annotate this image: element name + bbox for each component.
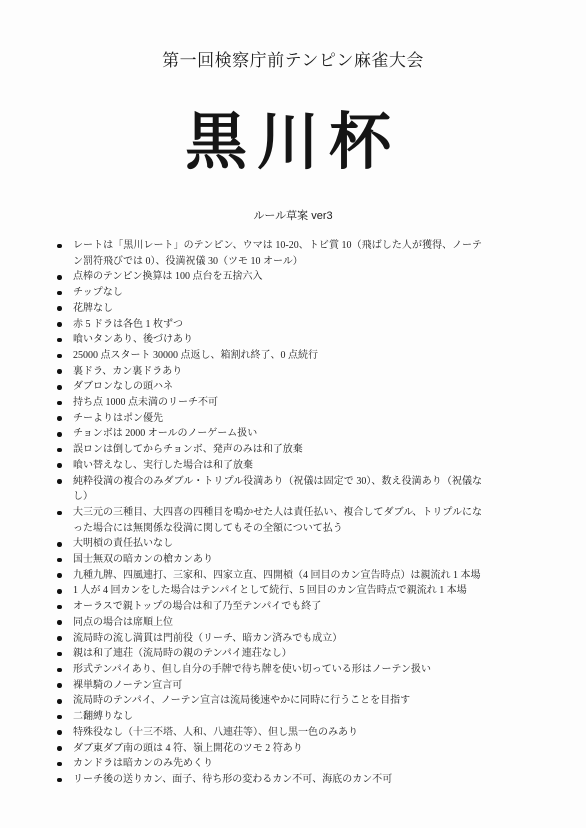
bullet-icon: [57, 620, 62, 625]
rule-item: 九種九牌、四風連打、三家和、四家立直、四開槓（4 回目のカン宣告時点）は親流れ …: [56, 568, 482, 584]
bullet-icon: [57, 416, 62, 421]
rule-text: リーチ後の送りカン、面子、待ち形の変わるカン不可、海底のカン不可: [73, 774, 392, 785]
rule-item: 親は和了連荘（流局時の親のテンパイ連荘なし）: [56, 646, 482, 662]
rule-text: 赤 5 ドラは各色 1 枚ずつ: [73, 319, 183, 330]
bullet-icon: [57, 275, 62, 280]
rule-text: チョンボは 2000 オールのノーゲーム扱い: [73, 428, 257, 439]
rule-item: 純粋役満の複合のみダブル・トリプル役満あり（祝儀は固定で 30）、数え役満あり（…: [56, 474, 482, 505]
rule-item: 裸単騎のノーテン宣言可: [56, 678, 482, 694]
rule-item: 国士無双の暗カンの槍カンあり: [56, 552, 482, 568]
bullet-icon: [57, 762, 62, 767]
rule-text: レートは「黒川レート」のテンピン、ウマは 10-20、トビ賞 10（飛ばした人が…: [73, 240, 482, 267]
bullet-icon: [57, 683, 62, 688]
rule-item: 1 人が 4 回カンをした場合はテンパイとして続行、5 回目のカン宣告時点で親流…: [56, 583, 482, 599]
rule-text: 大明槓の責任払いなし: [73, 538, 173, 549]
rule-item: オーラスで親トップの場合は和了乃至テンパイでも終了: [56, 599, 482, 615]
rule-text: 同点の場合は席順上位: [73, 617, 173, 628]
rule-item: 25000 点スタート 30000 点返し、箱割れ終了、0 点続行: [56, 348, 482, 364]
rule-item: 赤 5 ドラは各色 1 枚ずつ: [56, 317, 482, 333]
bullet-icon: [57, 338, 62, 343]
rule-text: 九種九牌、四風連打、三家和、四家立直、四開槓（4 回目のカン宣告時点）は親流れ …: [73, 570, 481, 581]
bullet-icon: [57, 432, 62, 437]
rule-text: チップなし: [73, 287, 123, 298]
rule-text: 純粋役満の複合のみダブル・トリプル役満あり（祝儀は固定で 30）、数え役満あり（…: [73, 476, 482, 503]
bullet-icon: [57, 291, 62, 296]
rule-item: 喰い替えなし、実行した場合は和了放棄: [56, 458, 482, 474]
bullet-icon: [57, 463, 62, 468]
bullet-icon: [57, 668, 62, 673]
bullet-icon: [57, 558, 62, 563]
rule-item: 誤ロンは倒してからチョンボ、発声のみは和了放棄: [56, 442, 482, 458]
rule-item: 流局時の流し満貫は門前役（リーチ、暗カン済みでも成立）: [56, 631, 482, 647]
rule-text: 国士無双の暗カンの槍カンあり: [73, 554, 213, 565]
rule-item: 同点の場合は席順上位: [56, 615, 482, 631]
bullet-icon: [57, 354, 62, 359]
rule-item: ダブ東ダブ南の頭は 4 符、嶺上開花のツモ 2 符あり: [56, 741, 482, 757]
bullet-icon: [57, 479, 62, 484]
rule-text: ダブ東ダブ南の頭は 4 符、嶺上開花のツモ 2 符あり: [73, 743, 303, 754]
rule-item: レートは「黒川レート」のテンピン、ウマは 10-20、トビ賞 10（飛ばした人が…: [56, 238, 482, 269]
bullet-icon: [57, 652, 62, 657]
bullet-icon: [57, 636, 62, 641]
rule-item: 大三元の三種目、大四喜の四種目を鳴かせた人は責任払い、複合してダブル、トリプルに…: [56, 505, 482, 536]
bullet-icon: [57, 573, 62, 578]
rule-text: 喰い替えなし、実行した場合は和了放棄: [73, 460, 253, 471]
rule-text: 流局時のテンパイ、ノーテン宣言は流局後速やかに同時に行うことを目指す: [73, 695, 410, 706]
rule-text: カンドラは暗カンのみ先めくり: [73, 758, 213, 769]
rule-item: 喰いタンあり、後づけあり: [56, 332, 482, 348]
tournament-title: 第一回検察庁前テンピン麻雀大会: [0, 0, 586, 72]
rule-item: 大明槓の責任払いなし: [56, 536, 482, 552]
bullet-icon: [57, 511, 62, 516]
bullet-icon: [57, 306, 62, 311]
rule-text: 親は和了連荘（流局時の親のテンパイ連荘なし）: [73, 648, 292, 659]
rule-text: 特殊役なし（十三不塔、人和、八連荘等）、但し黒一色のみあり: [73, 727, 358, 738]
rule-text: 流局時の流し満貫は門前役（リーチ、暗カン済みでも成立）: [73, 633, 342, 644]
rule-text: チーよりはポン優先: [73, 413, 163, 424]
rule-text: ダブロンなしの頭ハネ: [73, 381, 173, 392]
rule-text: 誤ロンは倒してからチョンボ、発声のみは和了放棄: [73, 444, 303, 455]
rule-text: 持ち点 1000 点未満のリーチ不可: [73, 397, 218, 408]
bullet-icon: [57, 448, 62, 453]
rule-text: 喰いタンあり、後づけあり: [73, 334, 193, 345]
rule-text: 二翻縛りなし: [73, 711, 133, 722]
rules-list: レートは「黒川レート」のテンピン、ウマは 10-20、トビ賞 10（飛ばした人が…: [56, 238, 482, 788]
rule-item: 二翻縛りなし: [56, 709, 482, 725]
rule-text: 形式テンパイあり、但し自分の手牌で待ち牌を使い切っている形はノーテン扱い: [73, 664, 431, 675]
rule-text: 裸単騎のノーテン宣言可: [73, 680, 182, 691]
bullet-icon: [57, 778, 62, 783]
bullet-icon: [57, 715, 62, 720]
rule-text: 1 人が 4 回カンをした場合はテンパイとして続行、5 回目のカン宣告時点で親流…: [73, 585, 467, 596]
bullet-icon: [57, 401, 62, 406]
rule-item: 点棒のテンピン換算は 100 点台を五捨六入: [56, 269, 482, 285]
bullet-icon: [57, 605, 62, 610]
kurokawa-cup-calligraphy: 黒川杯: [0, 94, 586, 190]
rule-item: 流局時のテンパイ、ノーテン宣言は流局後速やかに同時に行うことを目指す: [56, 693, 482, 709]
bullet-icon: [57, 369, 62, 374]
rule-text: オーラスで親トップの場合は和了乃至テンパイでも終了: [73, 601, 321, 612]
rule-item: 持ち点 1000 点未満のリーチ不可: [56, 395, 482, 411]
bullet-icon: [57, 542, 62, 547]
rule-item: 形式テンパイあり、但し自分の手牌で待ち牌を使い切っている形はノーテン扱い: [56, 662, 482, 678]
bullet-icon: [57, 589, 62, 594]
rule-item: 裏ドラ、カン裏ドラあり: [56, 364, 482, 380]
rule-item: 花牌なし: [56, 301, 482, 317]
rule-text: 点棒のテンピン換算は 100 点台を五捨六入: [73, 271, 263, 282]
rule-text: 大三元の三種目、大四喜の四種目を鳴かせた人は責任払い、複合してダブル、トリプルに…: [73, 507, 482, 534]
rule-text: 花牌なし: [73, 303, 113, 314]
rule-item: ダブロンなしの頭ハネ: [56, 379, 482, 395]
rule-item: チーよりはポン優先: [56, 411, 482, 427]
rule-item: リーチ後の送りカン、面子、待ち形の変わるカン不可、海底のカン不可: [56, 772, 482, 788]
bullet-icon: [57, 730, 62, 735]
rule-item: チップなし: [56, 285, 482, 301]
bullet-icon: [57, 244, 62, 249]
rule-text: 裏ドラ、カン裏ドラあり: [73, 366, 182, 377]
bullet-icon: [57, 322, 62, 327]
rule-item: カンドラは暗カンのみ先めくり: [56, 756, 482, 772]
bullet-icon: [57, 746, 62, 751]
rule-text: 25000 点スタート 30000 点返し、箱割れ終了、0 点続行: [73, 350, 318, 361]
bullet-icon: [57, 385, 62, 390]
bullet-icon: [57, 699, 62, 704]
document-page: 第一回検察庁前テンピン麻雀大会 黒川杯 ルール草案 ver3 レートは「黒川レー…: [0, 0, 586, 828]
rule-item: チョンボは 2000 オールのノーゲーム扱い: [56, 426, 482, 442]
rules-version-subtitle: ルール草案 ver3: [0, 210, 586, 223]
rule-item: 特殊役なし（十三不塔、人和、八連荘等）、但し黒一色のみあり: [56, 725, 482, 741]
